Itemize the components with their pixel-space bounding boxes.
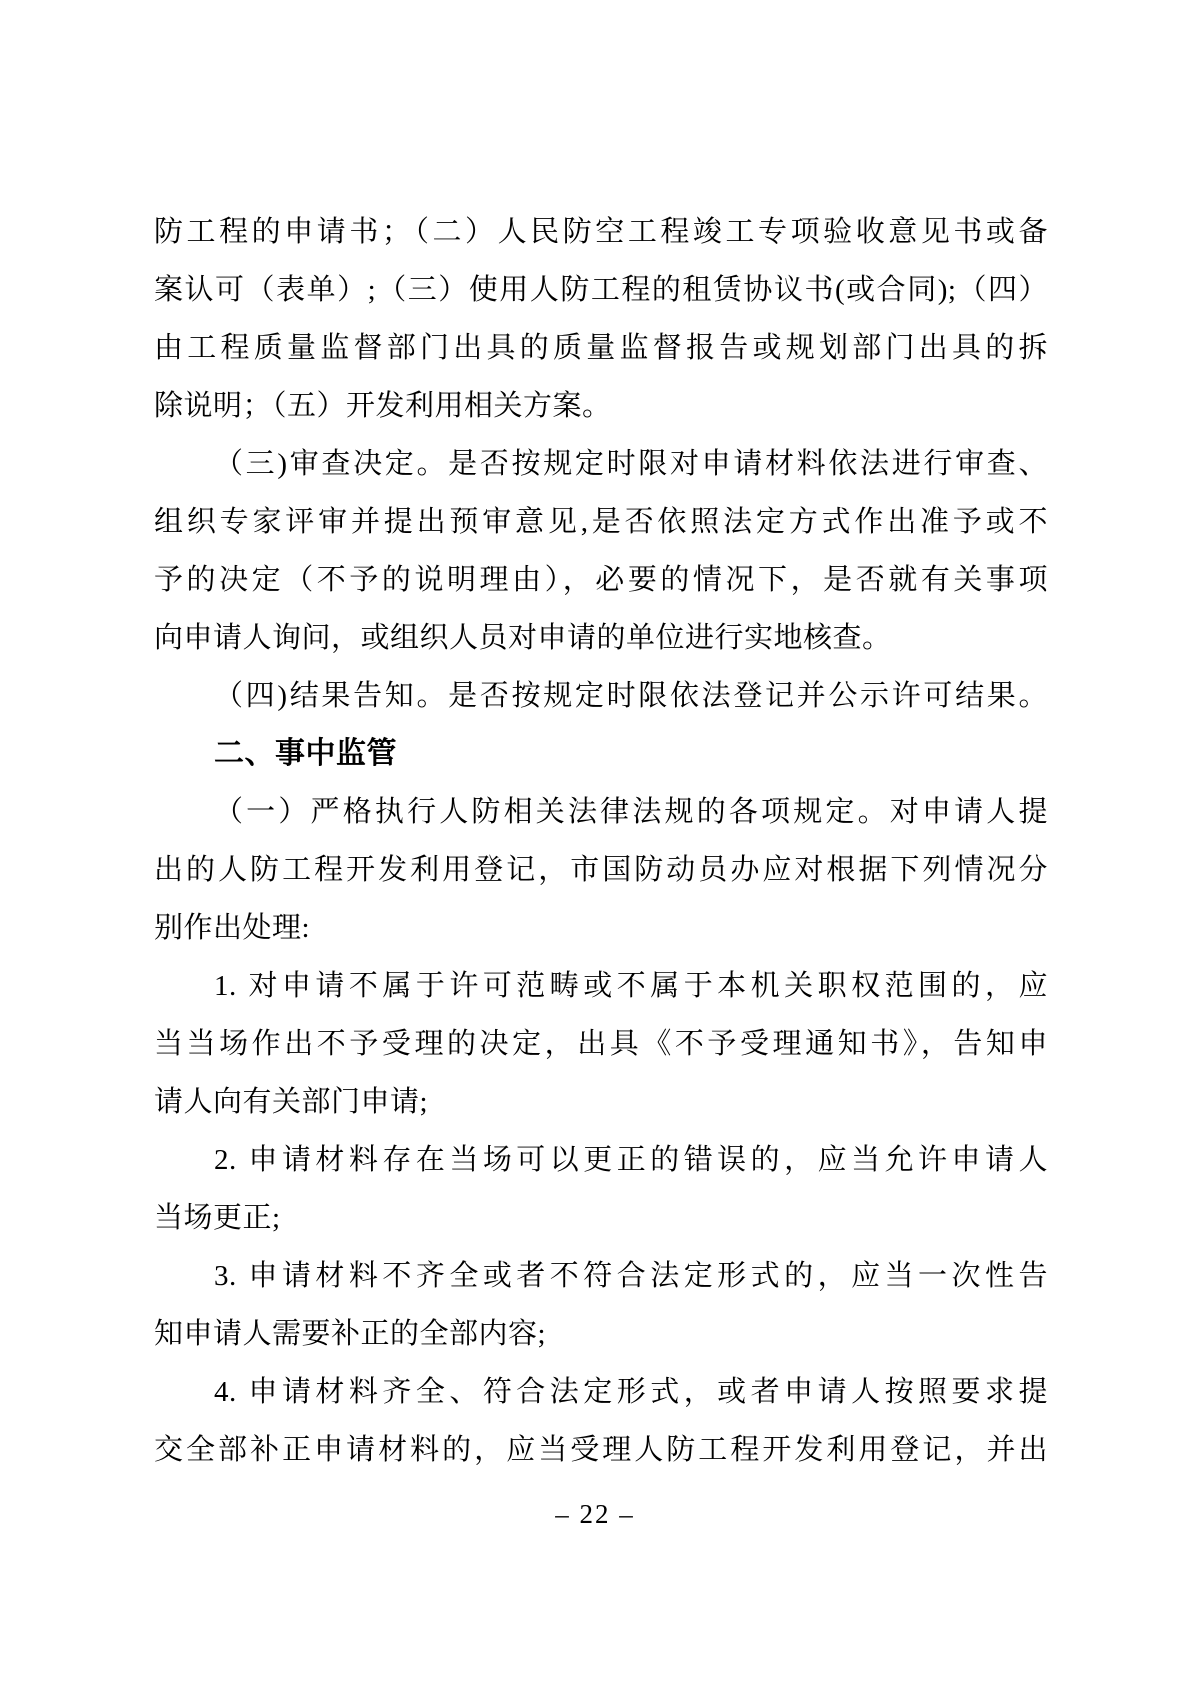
page-number: – 22 – <box>0 1492 1190 1536</box>
text-line: 当场更正; <box>154 1189 1048 1247</box>
text-line: 别作出处理: <box>154 899 1048 957</box>
text-line: 组织专家评审并提出预审意见,是否依照法定方式作出准予或不 <box>154 493 1048 551</box>
text-line: （四)结果告知。是否按规定时限依法登记并公示许可结果。 <box>154 667 1048 725</box>
text-line: 出的人防工程开发利用登记，市国防动员办应对根据下列情况分 <box>154 841 1048 899</box>
text-line: 除说明；（五）开发利用相关方案。 <box>154 377 1048 435</box>
text-line: 4. 申请材料齐全、符合法定形式，或者申请人按照要求提 <box>154 1363 1048 1421</box>
text-line: 请人向有关部门申请; <box>154 1073 1048 1131</box>
text-line: 当当场作出不予受理的决定，出具《不予受理通知书》，告知申 <box>154 1015 1048 1073</box>
text-line: 1. 对申请不属于许可范畴或不属于本机关职权范围的，应 <box>154 957 1048 1015</box>
text-line: 案认可（表单）;（三）使用人防工程的租赁协议书(或合同);（四） <box>154 261 1048 319</box>
text-line: （一）严格执行人防相关法律法规的各项规定。对申请人提 <box>154 783 1048 841</box>
text-line: 防工程的申请书；（二）人民防空工程竣工专项验收意见书或备 <box>154 203 1048 261</box>
text-line: 3. 申请材料不齐全或者不符合法定形式的，应当一次性告 <box>154 1247 1048 1305</box>
section-heading: 二、事中监管 <box>154 725 1048 783</box>
text-line: 予的决定（不予的说明理由），必要的情况下，是否就有关事项 <box>154 551 1048 609</box>
text-line: 由工程质量监督部门出具的质量监督报告或规划部门出具的拆 <box>154 319 1048 377</box>
text-line: 交全部补正申请材料的，应当受理人防工程开发利用登记，并出 <box>154 1421 1048 1479</box>
text-line: 知申请人需要补正的全部内容; <box>154 1305 1048 1363</box>
text-block: 防工程的申请书；（二）人民防空工程竣工专项验收意见书或备 案认可（表单）;（三）… <box>154 203 1048 1479</box>
text-line: 向申请人询问，或组织人员对申请的单位进行实地核查。 <box>154 609 1048 667</box>
document-page: 防工程的申请书；（二）人民防空工程竣工专项验收意见书或备 案认可（表单）;（三）… <box>0 0 1190 1683</box>
text-line: 2. 申请材料存在当场可以更正的错误的，应当允许申请人 <box>154 1131 1048 1189</box>
text-line: （三)审查决定。是否按规定时限对申请材料依法进行审查、 <box>154 435 1048 493</box>
